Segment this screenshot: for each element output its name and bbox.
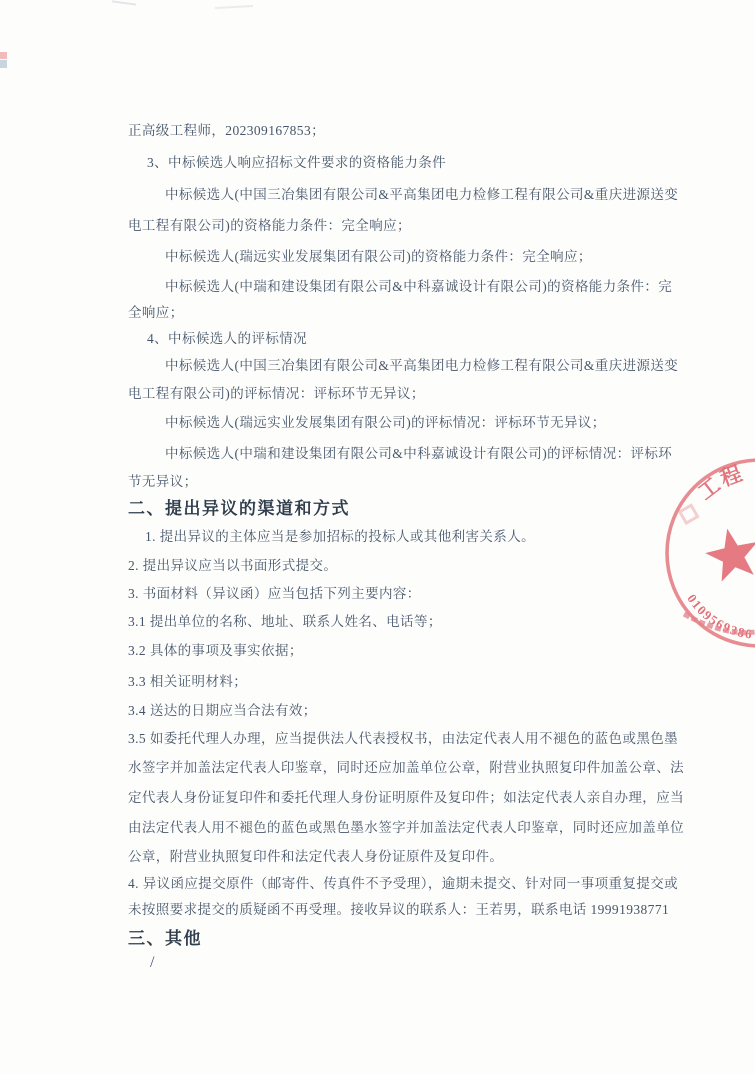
scan-artifact-line: [112, 0, 136, 5]
document-line: 电工程有限公司)的评标情况：评标环节无异议；: [128, 384, 425, 404]
document-line: 3.5 如委托代理人办理，应当提供法人代表授权书，由法定代表人用不褪色的蓝色或黑…: [128, 729, 678, 749]
section-heading-objection-channels: 二、提出异议的渠道和方式: [128, 498, 350, 520]
scan-artifact-line: [215, 5, 253, 9]
document-line: 3.3 相关证明材料；: [128, 672, 247, 692]
document-line: 4、中标候选人的评标情况: [147, 329, 307, 349]
document-line: 4. 异议函应提交原件（邮寄件、传真件不予受理），逾期未提交、针对同一事项重复提…: [128, 874, 678, 894]
document-line: 定代表人身份证复印件和委托代理人身份证明原件及复印件；如法定代表人亲自办理，应当: [128, 788, 684, 808]
document-line: 正高级工程师，202309167853；: [128, 121, 325, 141]
scanned-document-page: 正高级工程师，202309167853； 3、中标候选人响应招标文件要求的资格能…: [0, 0, 755, 1074]
document-line: 由法定代表人用不褪色的蓝色或黑色墨水签字并加盖法定代表人印鉴章，同时还应加盖单位: [128, 818, 684, 838]
document-line: 中标候选人(瑞远实业发展集团有限公司)的资格能力条件：完全响应；: [165, 247, 592, 267]
document-line: 电工程有限公司)的资格能力条件：完全响应；: [128, 216, 411, 236]
scan-artifact-speck: [0, 60, 7, 68]
document-line: 中标候选人(中瑞和建设集团有限公司&中科嘉诚设计有限公司)的资格能力条件：完: [165, 277, 672, 297]
document-line: 未按照要求提交的质疑函不再受理。接收异议的联系人：王若男，联系电话 199919…: [128, 900, 669, 920]
document-line: 3.1 提出单位的名称、地址、联系人姓名、电话等；: [128, 612, 442, 632]
document-line: 3、中标候选人响应招标文件要求的资格能力条件: [147, 153, 446, 173]
document-line: 水签字并加盖法定代表人印鉴章，同时还应加盖单位公章，附营业执照复印件加盖公章、法: [128, 758, 684, 778]
document-line: 3. 书面材料（异议函）应当包括下列主要内容：: [128, 584, 421, 604]
scan-artifact-speck: [0, 52, 7, 59]
official-seal-stamp: 工程 0109569386: [628, 420, 755, 670]
document-line: /: [150, 953, 155, 973]
document-line: 1. 提出异议的主体应当是参加招标的投标人或其他利害关系人。: [145, 527, 535, 547]
document-line: 中标候选人(瑞远实业发展集团有限公司)的评标情况：评标环节无异议；: [165, 413, 606, 433]
document-line: 中标候选人(中瑞和建设集团有限公司&中科嘉诚设计有限公司)的评标情况：评标环: [165, 444, 672, 464]
document-line: 2. 提出异议应当以书面形式提交。: [128, 556, 337, 576]
document-line: 3.2 具体的事项及事实依据；: [128, 641, 303, 661]
document-line: 中标候选人(中国三冶集团有限公司&平高集团电力检修工程有限公司&重庆进源送变: [165, 356, 678, 376]
document-line: 节无异议；: [128, 472, 198, 492]
document-line: 中标候选人(中国三冶集团有限公司&平高集团电力检修工程有限公司&重庆进源送变: [165, 185, 678, 205]
document-line: 全响应；: [128, 303, 184, 323]
star-icon: [705, 529, 755, 582]
document-line: 3.4 送达的日期应当合法有效；: [128, 701, 317, 721]
document-line: 公章，附营业执照复印件和法定代表人身份证原件及复印件。: [128, 847, 503, 867]
stamp-partial-glyph: [680, 505, 698, 523]
section-heading-other: 三、其他: [128, 928, 202, 950]
